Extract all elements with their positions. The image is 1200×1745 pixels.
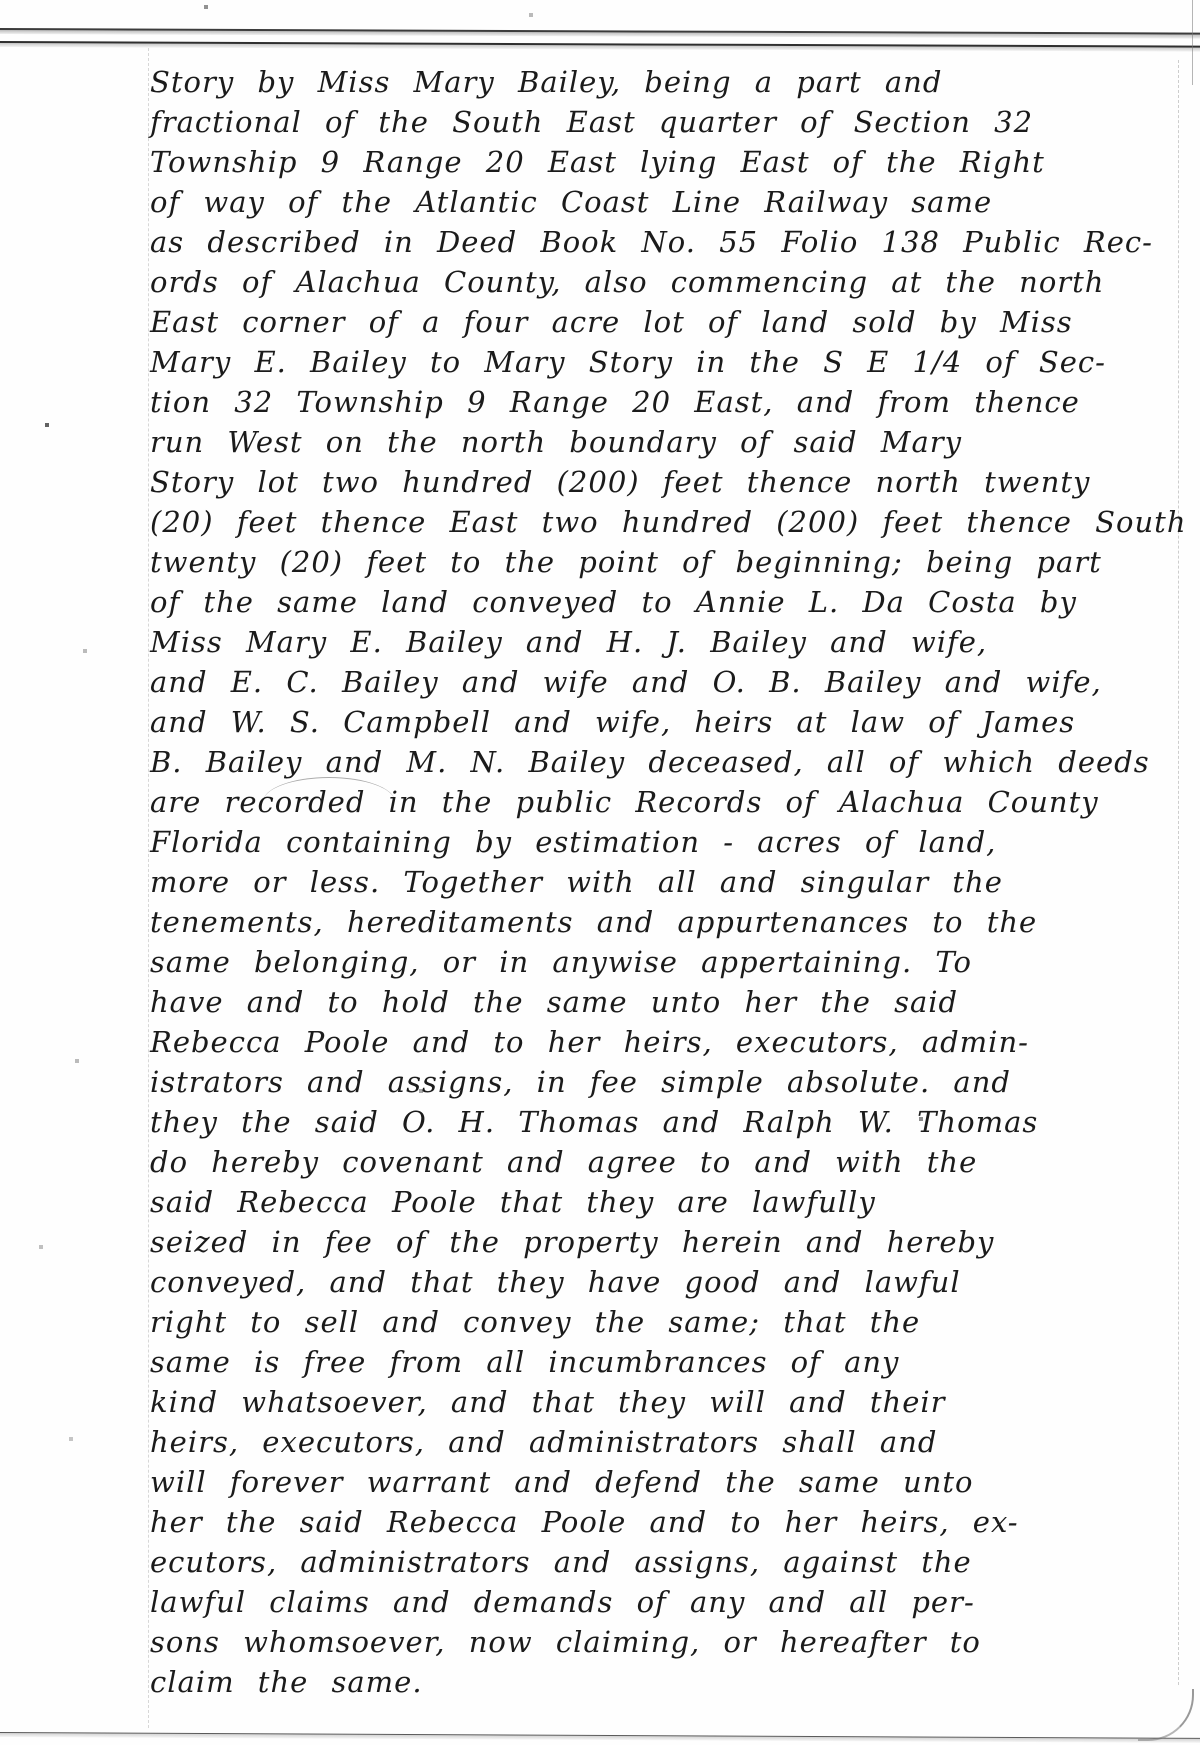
- handwritten-line: claim the same.: [150, 1662, 1155, 1702]
- handwritten-line: tion 32 Township 9 Range 20 East, and fr…: [150, 382, 1155, 422]
- handwritten-text-block: Story by Miss Mary Bailey, being a part …: [150, 62, 1155, 1702]
- left-margin-line: [148, 48, 149, 1728]
- handwritten-line: more or less. Together with all and sing…: [150, 862, 1155, 902]
- handwritten-line: said Rebecca Poole that they are lawfull…: [150, 1182, 1155, 1222]
- handwritten-line: of way of the Atlantic Coast Line Railwa…: [150, 182, 1155, 222]
- handwritten-line: run West on the north boundary of said M…: [150, 422, 1155, 462]
- handwritten-line: will forever warrant and defend the same…: [150, 1462, 1155, 1502]
- handwritten-line: are recorded in the public Records of Al…: [150, 782, 1155, 822]
- handwritten-line: same is free from all incumbrances of an…: [150, 1342, 1155, 1382]
- handwritten-line: ords of Alachua County, also commencing …: [150, 262, 1155, 302]
- handwritten-line: Story by Miss Mary Bailey, being a part …: [150, 62, 1155, 102]
- handwritten-line: fractional of the South East quarter of …: [150, 102, 1155, 142]
- handwritten-line: Florida containing by estimation - acres…: [150, 822, 1155, 862]
- handwritten-line: seized in fee of the property herein and…: [150, 1222, 1155, 1262]
- handwritten-line: East corner of a four acre lot of land s…: [150, 302, 1155, 342]
- handwritten-line: ecutors, administrators and assigns, aga…: [150, 1542, 1155, 1582]
- bottom-scan-rule-line: [0, 1732, 1200, 1743]
- handwritten-line: Township 9 Range 20 East lying East of t…: [150, 142, 1155, 182]
- handwritten-line: Story lot two hundred (200) feet thence …: [150, 462, 1155, 502]
- handwritten-line: right to sell and convey the same; that …: [150, 1302, 1155, 1342]
- handwritten-line: istrators and assigns, in fee simple abs…: [150, 1062, 1155, 1102]
- handwritten-line: B. Bailey and M. N. Bailey deceased, all…: [150, 742, 1155, 782]
- handwritten-line: her the said Rebecca Poole and to her he…: [150, 1502, 1155, 1542]
- scanned-document-page: Story by Miss Mary Bailey, being a part …: [0, 0, 1200, 1745]
- handwritten-line: (20) feet thence East two hundred (200) …: [150, 502, 1155, 542]
- handwritten-line: sons whomsoever, now claiming, or hereaf…: [150, 1622, 1155, 1662]
- handwritten-line: conveyed, and that they have good and la…: [150, 1262, 1155, 1302]
- handwritten-line: and W. S. Campbell and wife, heirs at la…: [150, 702, 1155, 742]
- right-margin-line: [1178, 60, 1179, 1685]
- right-page-edge-line: [1192, 0, 1193, 85]
- top-scan-rule-line-1: [0, 28, 1200, 39]
- handwritten-line: Mary E. Bailey to Mary Story in the S E …: [150, 342, 1155, 382]
- handwritten-line: have and to hold the same unto her the s…: [150, 982, 1155, 1022]
- handwritten-line: Miss Mary E. Bailey and H. J. Bailey and…: [150, 622, 1155, 662]
- handwritten-line: lawful claims and demands of any and all…: [150, 1582, 1155, 1622]
- handwritten-line: as described in Deed Book No. 55 Folio 1…: [150, 222, 1155, 262]
- handwritten-line: twenty (20) feet to the point of beginni…: [150, 542, 1155, 582]
- handwritten-line: Rebecca Poole and to her heirs, executor…: [150, 1022, 1155, 1062]
- handwritten-line: tenements, hereditaments and appurtenanc…: [150, 902, 1155, 942]
- handwritten-line: and E. C. Bailey and wife and O. B. Bail…: [150, 662, 1155, 702]
- scan-specks: [0, 0, 2, 2]
- handwritten-line: kind whatsoever, and that they will and …: [150, 1382, 1155, 1422]
- handwritten-line: same belonging, or in anywise appertaini…: [150, 942, 1155, 982]
- handwritten-line: of the same land conveyed to Annie L. Da…: [150, 582, 1155, 622]
- top-scan-rule-line-2: [0, 41, 1200, 52]
- handwritten-line: do hereby covenant and agree to and with…: [150, 1142, 1155, 1182]
- handwritten-line: heirs, executors, and administrators sha…: [150, 1422, 1155, 1462]
- handwritten-line: they the said O. H. Thomas and Ralph W. …: [150, 1102, 1155, 1142]
